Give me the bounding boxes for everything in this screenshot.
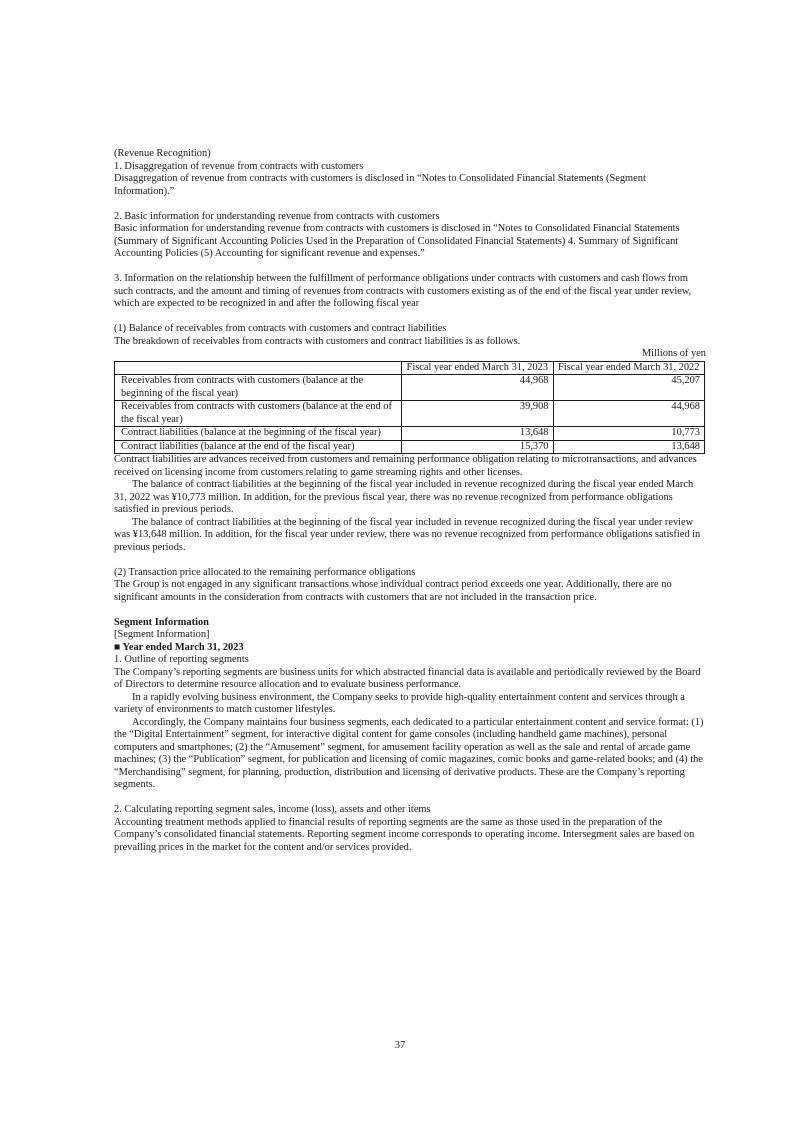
value-fy2023: 44,968 [402, 375, 554, 401]
s3-2-heading: (2) Transaction price allocated to the r… [114, 567, 706, 580]
seg2-heading: 2. Calculating reporting segment sales, … [114, 804, 706, 817]
value-fy2022: 45,207 [553, 375, 705, 401]
s3-1-note3: The balance of contract liabilities at t… [114, 517, 706, 555]
s3-1-note1: Contract liabilities are advances receiv… [114, 454, 706, 479]
table-header-row: Fiscal year ended March 31, 2023 Fiscal … [115, 361, 705, 375]
s3-1-intro: The breakdown of receivables from contra… [114, 336, 706, 349]
segment-year: ■ Year ended March 31, 2023 [114, 642, 706, 655]
section-title: (Revenue Recognition) [114, 148, 706, 161]
segment-subtitle: [Segment Information] [114, 629, 706, 642]
s3-heading: 3. Information on the relationship betwe… [114, 273, 706, 311]
s3-1-heading: (1) Balance of receivables from contract… [114, 323, 706, 336]
row-label: Receivables from contracts with customer… [115, 401, 402, 427]
value-fy2023: 15,370 [402, 440, 554, 454]
table-header: Fiscal year ended March 31, 2023 [402, 361, 554, 375]
table-row: Contract liabilities (balance at the end… [115, 440, 705, 454]
table-row: Contract liabilities (balance at the beg… [115, 427, 705, 441]
s2-body: Basic information for understanding reve… [114, 223, 706, 261]
value-fy2022: 10,773 [553, 427, 705, 441]
s1-heading: 1. Disaggregation of revenue from contra… [114, 161, 706, 174]
segment-title: Segment Information [114, 617, 706, 630]
s3-1-note2: The balance of contract liabilities at t… [114, 479, 706, 517]
seg2-body: Accounting treatment methods applied to … [114, 817, 706, 855]
table-row: Receivables from contracts with customer… [115, 401, 705, 427]
seg1-p3: Accordingly, the Company maintains four … [114, 717, 706, 792]
table-header: Fiscal year ended March 31, 2022 [553, 361, 705, 375]
s3-2-body: The Group is not engaged in any signific… [114, 579, 706, 604]
receivables-table: Fiscal year ended March 31, 2023 Fiscal … [114, 361, 705, 455]
document-page: (Revenue Recognition) 1. Disaggregation … [114, 148, 706, 854]
page-number: 37 [0, 1040, 800, 1051]
table-row: Receivables from contracts with customer… [115, 375, 705, 401]
row-label: Contract liabilities (balance at the beg… [115, 427, 402, 441]
s1-body: Disaggregation of revenue from contracts… [114, 173, 706, 198]
seg1-p1: The Company’s reporting segments are bus… [114, 667, 706, 692]
value-fy2023: 13,648 [402, 427, 554, 441]
table-header [115, 361, 402, 375]
value-fy2022: 13,648 [553, 440, 705, 454]
seg1-p2: In a rapidly evolving business environme… [114, 692, 706, 717]
row-label: Receivables from contracts with customer… [115, 375, 402, 401]
value-fy2022: 44,968 [553, 401, 705, 427]
value-fy2023: 39,908 [402, 401, 554, 427]
s2-heading: 2. Basic information for understanding r… [114, 211, 706, 224]
table-unit: Millions of yen [114, 348, 706, 361]
seg1-heading: 1. Outline of reporting segments [114, 654, 706, 667]
row-label: Contract liabilities (balance at the end… [115, 440, 402, 454]
